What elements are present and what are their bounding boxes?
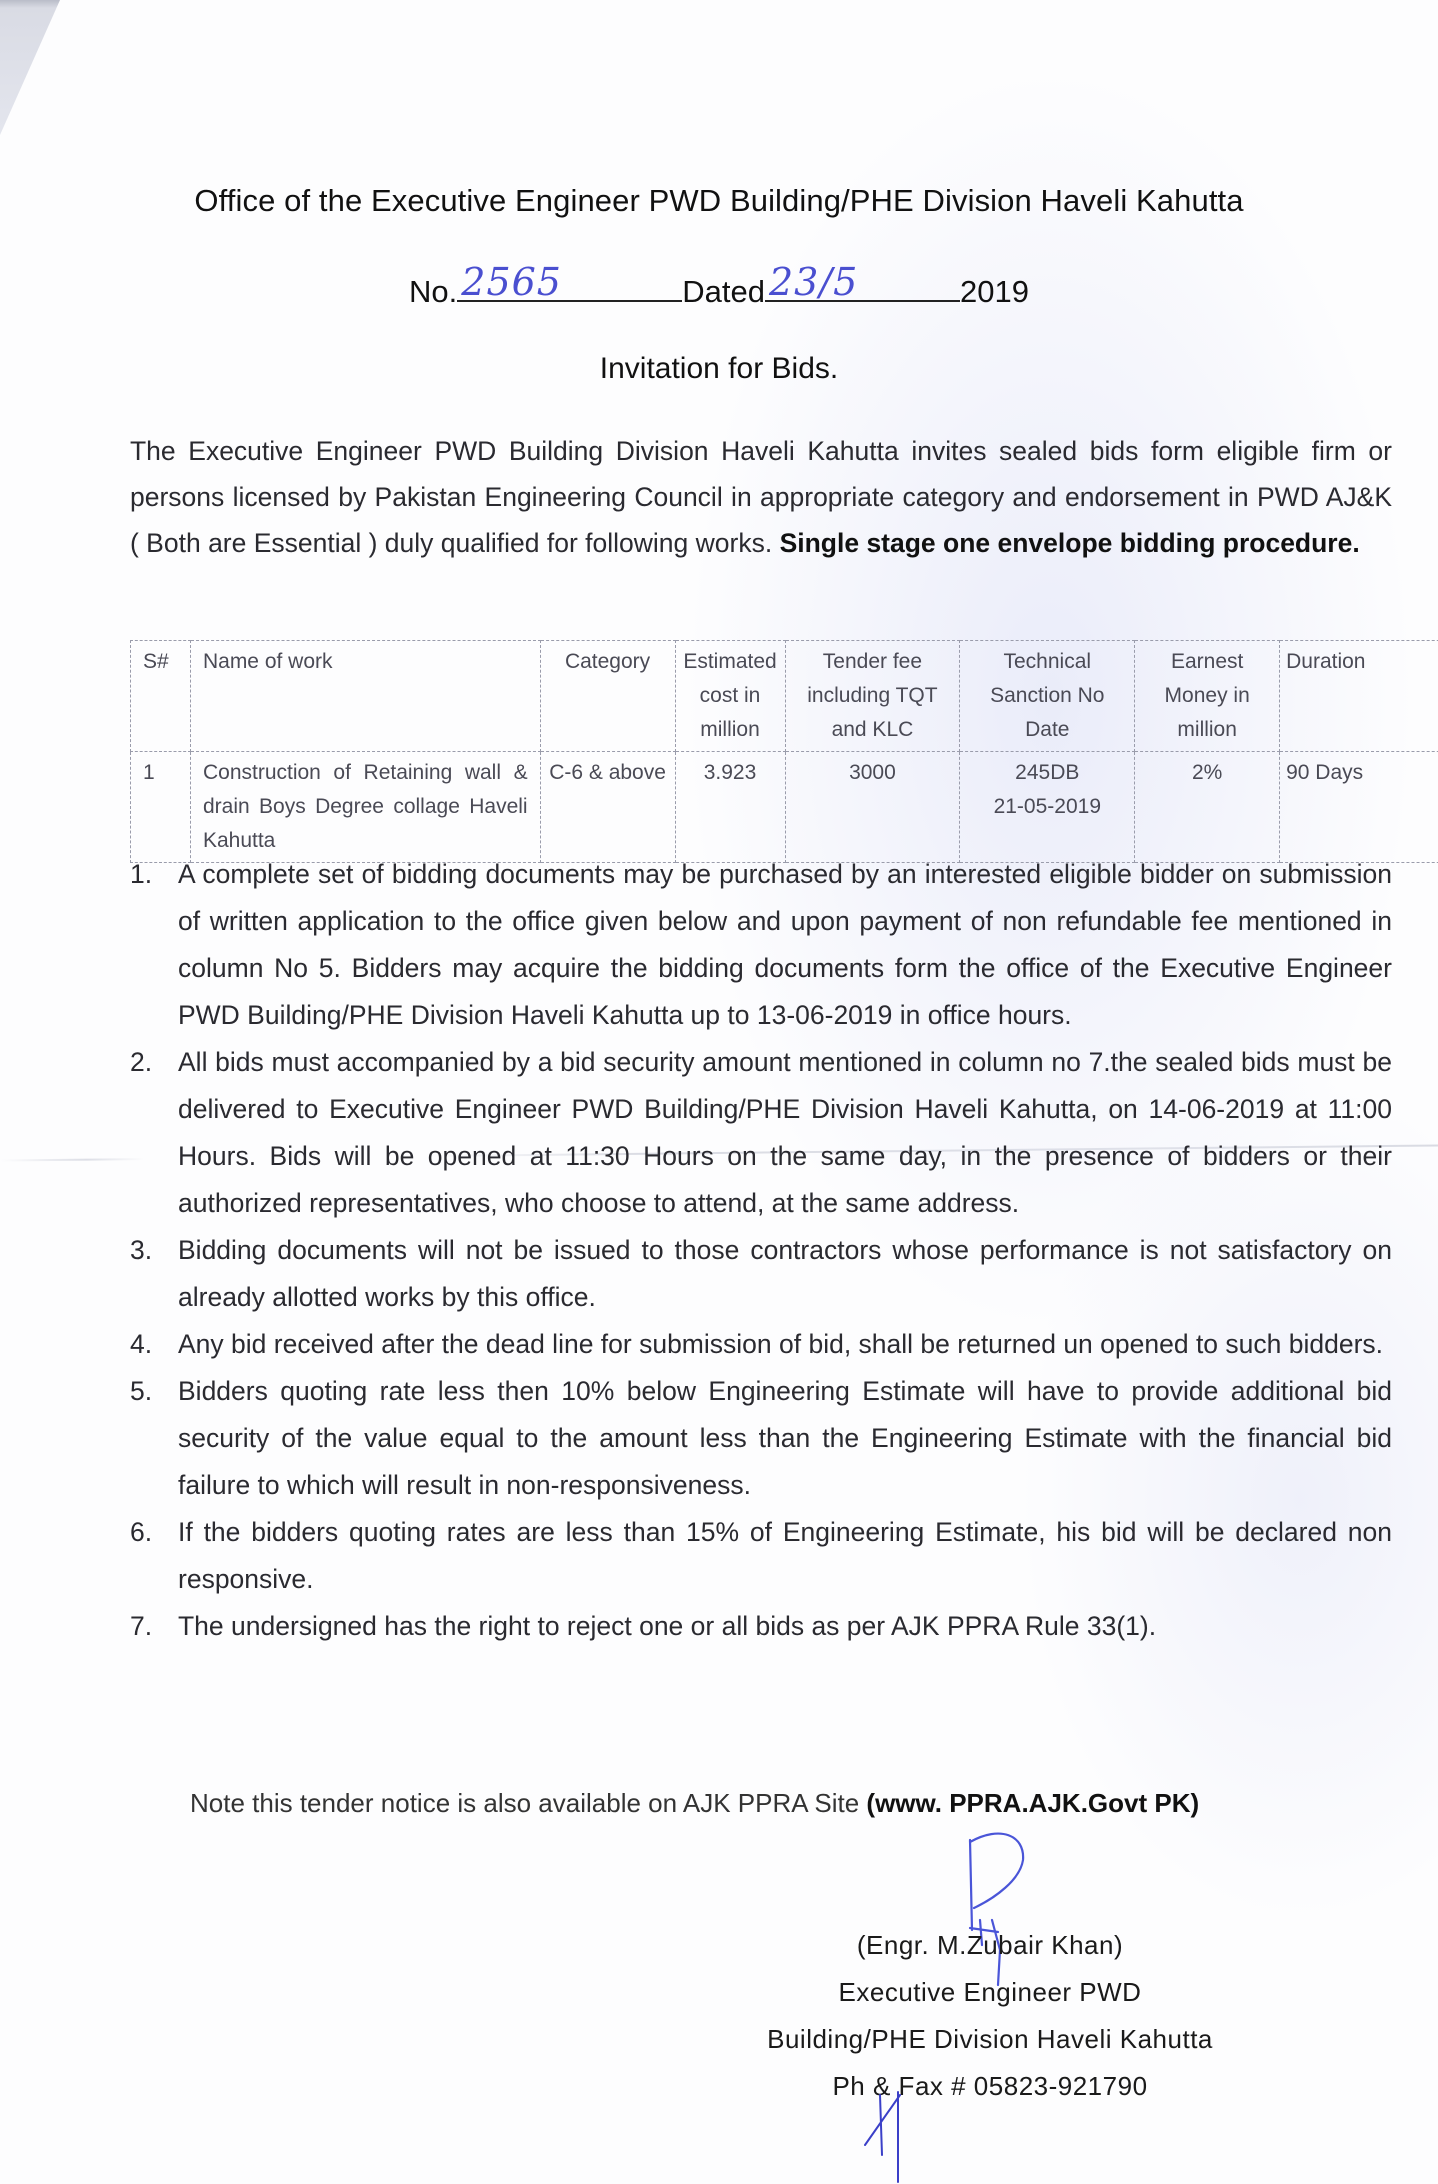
dated-label: Dated <box>682 274 765 309</box>
note-site-link: (www. PPRA.AJK.Govt PK) <box>866 1788 1199 1818</box>
cell-estimated-cost: 3.923 <box>675 752 785 863</box>
column-header: Earnest Money in million <box>1135 641 1280 752</box>
signatory-division: Building/PHE Division Haveli Kahutta <box>690 2024 1290 2055</box>
cell-category: C-6 & above <box>540 752 675 863</box>
column-header: Estimated cost in million <box>675 641 785 752</box>
number-label: No. <box>409 274 457 309</box>
column-header: Tender fee including TQT and KLC <box>785 641 960 752</box>
handwritten-date: 23/5 <box>769 260 858 304</box>
conditions-list: 1.A complete set of bidding documents ma… <box>130 851 1392 1650</box>
list-item: 4.Any bid received after the dead line f… <box>130 1321 1392 1368</box>
column-header: Name of work <box>190 641 540 752</box>
works-table: S# Name of work Category Estimated cost … <box>130 640 1438 863</box>
intro-bold-text: Single stage one envelope bidding proced… <box>780 528 1360 558</box>
item-number: 2. <box>130 1039 152 1086</box>
handwritten-number: 2565 <box>461 260 562 304</box>
technical-sanction-date: 21-05-2019 <box>966 790 1128 824</box>
intro-paragraph: The Executive Engineer PWD Building Divi… <box>130 428 1392 566</box>
item-number: 3. <box>130 1227 152 1274</box>
list-item: 2.All bids must accompanied by a bid sec… <box>130 1039 1392 1227</box>
signature-icon <box>940 1820 1060 1990</box>
item-text: Bidders quoting rate less then 10% below… <box>178 1376 1392 1500</box>
initials-icon <box>860 2090 920 2184</box>
item-text: If the bidders quoting rates are less th… <box>178 1517 1392 1594</box>
column-header: Category <box>540 641 675 752</box>
item-text: All bids must accompanied by a bid secur… <box>178 1047 1392 1218</box>
table-header-row: S# Name of work Category Estimated cost … <box>131 641 1438 752</box>
note-text: Note this tender notice is also availabl… <box>190 1788 859 1818</box>
list-item: 1.A complete set of bidding documents ma… <box>130 851 1392 1039</box>
technical-sanction-no: 245DB <box>966 756 1128 790</box>
year: 2019 <box>960 274 1029 309</box>
item-number: 4. <box>130 1321 152 1368</box>
column-header: Technical Sanction No Date <box>960 641 1135 752</box>
column-header: Duration <box>1280 641 1438 752</box>
table-row: 1 Construction of Retaining wall & drain… <box>131 752 1438 863</box>
item-text: The undersigned has the right to reject … <box>178 1611 1156 1641</box>
list-item: 3.Bidding documents will not be issued t… <box>130 1227 1392 1321</box>
column-header: S# <box>131 641 191 752</box>
item-text: Any bid received after the dead line for… <box>178 1329 1383 1359</box>
cell-sno: 1 <box>131 752 191 863</box>
item-text: Bidding documents will not be issued to … <box>178 1235 1392 1312</box>
signatory-name: (Engr. M.Zubair Khan) <box>690 1930 1290 1961</box>
item-number: 5. <box>130 1368 152 1415</box>
item-number: 6. <box>130 1509 152 1556</box>
site-note: Note this tender notice is also availabl… <box>190 1788 1199 1819</box>
cell-earnest-money: 2% <box>1135 752 1280 863</box>
number-blank: 2565 <box>457 268 682 302</box>
signatory-contact: Ph & Fax # 05823-921790 <box>690 2071 1290 2102</box>
cell-tender-fee: 3000 <box>785 752 960 863</box>
list-item: 5.Bidders quoting rate less then 10% bel… <box>130 1368 1392 1509</box>
list-item: 7.The undersigned has the right to rejec… <box>130 1603 1392 1650</box>
list-item: 6.If the bidders quoting rates are less … <box>130 1509 1392 1603</box>
item-text: A complete set of bidding documents may … <box>178 859 1392 1030</box>
item-number: 1. <box>130 851 152 898</box>
signatory-designation: Executive Engineer PWD <box>690 1977 1290 2008</box>
cell-technical-sanction: 245DB 21-05-2019 <box>960 752 1135 863</box>
cell-work-name: Construction of Retaining wall & drain B… <box>190 752 540 863</box>
notice-subtitle: Invitation for Bids. <box>0 352 1438 386</box>
cell-duration: 90 Days <box>1280 752 1438 863</box>
reference-line: No.2565Dated23/52019 <box>0 268 1438 310</box>
item-number: 7. <box>130 1603 152 1650</box>
date-blank: 23/5 <box>765 268 960 302</box>
office-title: Office of the Executive Engineer PWD Bui… <box>0 183 1438 219</box>
